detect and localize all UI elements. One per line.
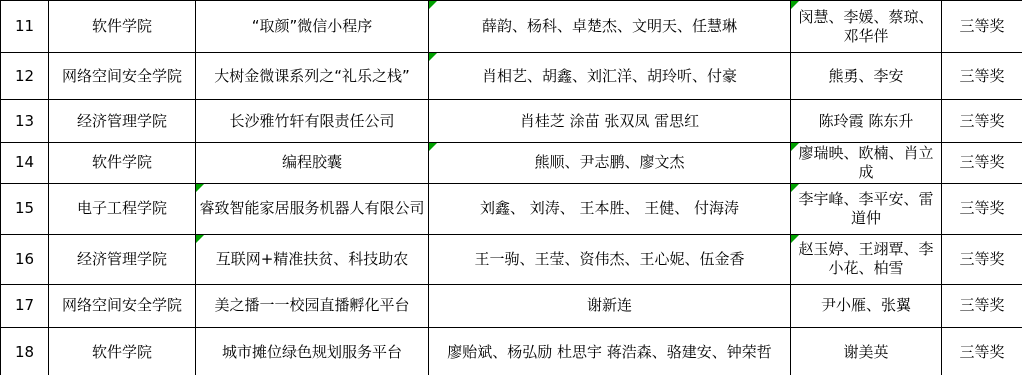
members-text: 廖贻斌、杨弘励 杜思宇 蒋浩森、骆建安、钟荣哲: [447, 343, 772, 361]
project-cell[interactable]: 睿致智能家居服务机器人有限公司: [196, 183, 429, 234]
college-cell[interactable]: 电子工程学院: [49, 183, 196, 234]
award-cell[interactable]: 三等奖: [942, 284, 1022, 327]
advisors-text: 熊勇、李安: [828, 67, 903, 85]
college-cell[interactable]: 软件学院: [49, 327, 196, 375]
spreadsheet-region: 11 软件学院 “取颜”微信小程序 薛韵、杨科、卓楚杰、文明天、任慧琳 闵慧、李…: [0, 0, 1022, 375]
college-cell[interactable]: 经济管理学院: [49, 100, 196, 143]
advisors-cell[interactable]: 李宇峰、李平安、雷道仲: [791, 183, 942, 234]
advisors-text: 闵慧、李媛、蔡琼、邓华伴: [798, 8, 933, 45]
row-number-cell[interactable]: 14: [1, 143, 49, 184]
advisors-text: 谢美英: [843, 343, 888, 361]
project-text: 城市摊位绿色规划服务平台: [222, 343, 402, 361]
award-cell[interactable]: 三等奖: [942, 183, 1022, 234]
awards-table: 11 软件学院 “取颜”微信小程序 薛韵、杨科、卓楚杰、文明天、任慧琳 闵慧、李…: [0, 0, 1022, 375]
members-text: 谢新连: [587, 296, 632, 314]
members-cell[interactable]: 刘鑫、 刘涛、 王本胜、 王健、 付海涛: [429, 183, 791, 234]
advisors-cell[interactable]: 尹小雁、张翼: [791, 284, 942, 327]
members-text: 薛韵、杨科、卓楚杰、文明天、任慧琳: [482, 17, 737, 35]
members-cell[interactable]: 谢新连: [429, 284, 791, 327]
error-flag-icon: [791, 184, 799, 192]
row-number-cell[interactable]: 17: [1, 284, 49, 327]
project-cell[interactable]: 城市摊位绿色规划服务平台: [196, 327, 429, 375]
table-row: 14 软件学院 编程胶囊 熊顺、尹志鹏、廖文杰 廖瑞映、欧楠、肖立成 三等奖: [1, 143, 1022, 184]
advisors-cell[interactable]: 闵慧、李媛、蔡琼、邓华伴: [791, 1, 942, 53]
project-text: 睿致智能家居服务机器人有限公司: [199, 199, 424, 217]
members-text: 肖相艺、胡鑫、刘汇洋、胡玲听、付豪: [482, 67, 737, 85]
table-row: 11 软件学院 “取颜”微信小程序 薛韵、杨科、卓楚杰、文明天、任慧琳 闵慧、李…: [1, 1, 1022, 53]
advisors-cell[interactable]: 赵玉婷、王翊覃、李小花、柏雪: [791, 234, 942, 284]
error-flag-icon: [429, 143, 437, 151]
members-text: 王一驹、王莹、资伟杰、王心妮、伍金香: [474, 250, 744, 268]
members-cell[interactable]: 薛韵、杨科、卓楚杰、文明天、任慧琳: [429, 1, 791, 53]
advisors-cell[interactable]: 陈玲霞 陈东升: [791, 100, 942, 143]
project-text: 长沙雅竹轩有限责任公司: [229, 112, 394, 130]
project-text: 编程胶囊: [282, 153, 342, 171]
college-cell[interactable]: 软件学院: [49, 143, 196, 184]
members-cell[interactable]: 廖贻斌、杨弘励 杜思宇 蒋浩森、骆建安、钟荣哲: [429, 327, 791, 375]
project-text: 互联网+精准扶贫、科技助农: [216, 250, 409, 268]
advisors-text: 赵玉婷、王翊覃、李小花、柏雪: [798, 240, 933, 277]
college-cell[interactable]: 网络空间安全学院: [49, 53, 196, 100]
project-cell[interactable]: 互联网+精准扶贫、科技助农: [196, 234, 429, 284]
project-cell[interactable]: 长沙雅竹轩有限责任公司: [196, 100, 429, 143]
project-text: “取颜”微信小程序: [252, 17, 373, 35]
award-cell[interactable]: 三等奖: [942, 234, 1022, 284]
award-cell[interactable]: 三等奖: [942, 143, 1022, 184]
members-cell[interactable]: 肖相艺、胡鑫、刘汇洋、胡玲听、付豪: [429, 53, 791, 100]
advisors-text: 尹小雁、张翼: [821, 296, 911, 314]
award-cell[interactable]: 三等奖: [942, 100, 1022, 143]
college-cell[interactable]: 网络空间安全学院: [49, 284, 196, 327]
row-number-cell[interactable]: 18: [1, 327, 49, 375]
error-flag-icon: [429, 1, 437, 9]
members-text: 肖桂芝 涂苗 张双凤 雷思红: [520, 112, 699, 130]
college-cell[interactable]: 经济管理学院: [49, 234, 196, 284]
advisors-cell[interactable]: 廖瑞映、欧楠、肖立成: [791, 143, 942, 184]
table-row: 16 经济管理学院 互联网+精准扶贫、科技助农 王一驹、王莹、资伟杰、王心妮、伍…: [1, 234, 1022, 284]
row-number-cell[interactable]: 13: [1, 100, 49, 143]
award-cell[interactable]: 三等奖: [942, 327, 1022, 375]
members-cell[interactable]: 熊顺、尹志鹏、廖文杰: [429, 143, 791, 184]
error-flag-icon: [791, 143, 799, 151]
project-cell[interactable]: 大树金微课系列之“礼乐之栈”: [196, 53, 429, 100]
members-cell[interactable]: 王一驹、王莹、资伟杰、王心妮、伍金香: [429, 234, 791, 284]
members-cell[interactable]: 肖桂芝 涂苗 张双凤 雷思红: [429, 100, 791, 143]
error-flag-icon: [791, 235, 799, 243]
table-row: 15 电子工程学院 睿致智能家居服务机器人有限公司 刘鑫、 刘涛、 王本胜、 王…: [1, 183, 1022, 234]
table-row: 18 软件学院 城市摊位绿色规划服务平台 廖贻斌、杨弘励 杜思宇 蒋浩森、骆建安…: [1, 327, 1022, 375]
college-cell[interactable]: 软件学院: [49, 1, 196, 53]
award-cell[interactable]: 三等奖: [942, 53, 1022, 100]
error-flag-icon: [791, 1, 799, 9]
table-row: 13 经济管理学院 长沙雅竹轩有限责任公司 肖桂芝 涂苗 张双凤 雷思红 陈玲霞…: [1, 100, 1022, 143]
advisors-text: 李宇峰、李平安、雷道仲: [798, 190, 933, 227]
table-row: 12 网络空间安全学院 大树金微课系列之“礼乐之栈” 肖相艺、胡鑫、刘汇洋、胡玲…: [1, 53, 1022, 100]
project-cell[interactable]: 编程胶囊: [196, 143, 429, 184]
row-number-cell[interactable]: 11: [1, 1, 49, 53]
project-cell[interactable]: 美之播一一校园直播孵化平台: [196, 284, 429, 327]
advisors-cell[interactable]: 熊勇、李安: [791, 53, 942, 100]
error-flag-icon: [196, 235, 204, 243]
error-flag-icon: [196, 184, 204, 192]
error-flag-icon: [429, 53, 437, 61]
project-text: 大树金微课系列之“礼乐之栈”: [214, 67, 410, 85]
advisors-text: 廖瑞映、欧楠、肖立成: [798, 144, 933, 181]
project-cell[interactable]: “取颜”微信小程序: [196, 1, 429, 53]
advisors-text: 陈玲霞 陈东升: [819, 112, 914, 130]
table-row: 17 网络空间安全学院 美之播一一校园直播孵化平台 谢新连 尹小雁、张翼 三等奖: [1, 284, 1022, 327]
row-number-cell[interactable]: 16: [1, 234, 49, 284]
row-number-cell[interactable]: 12: [1, 53, 49, 100]
award-cell[interactable]: 三等奖: [942, 1, 1022, 53]
row-number-cell[interactable]: 15: [1, 183, 49, 234]
members-text: 熊顺、尹志鹏、廖文杰: [534, 153, 684, 171]
project-text: 美之播一一校园直播孵化平台: [214, 296, 409, 314]
members-text: 刘鑫、 刘涛、 王本胜、 王健、 付海涛: [480, 199, 739, 217]
advisors-cell[interactable]: 谢美英: [791, 327, 942, 375]
